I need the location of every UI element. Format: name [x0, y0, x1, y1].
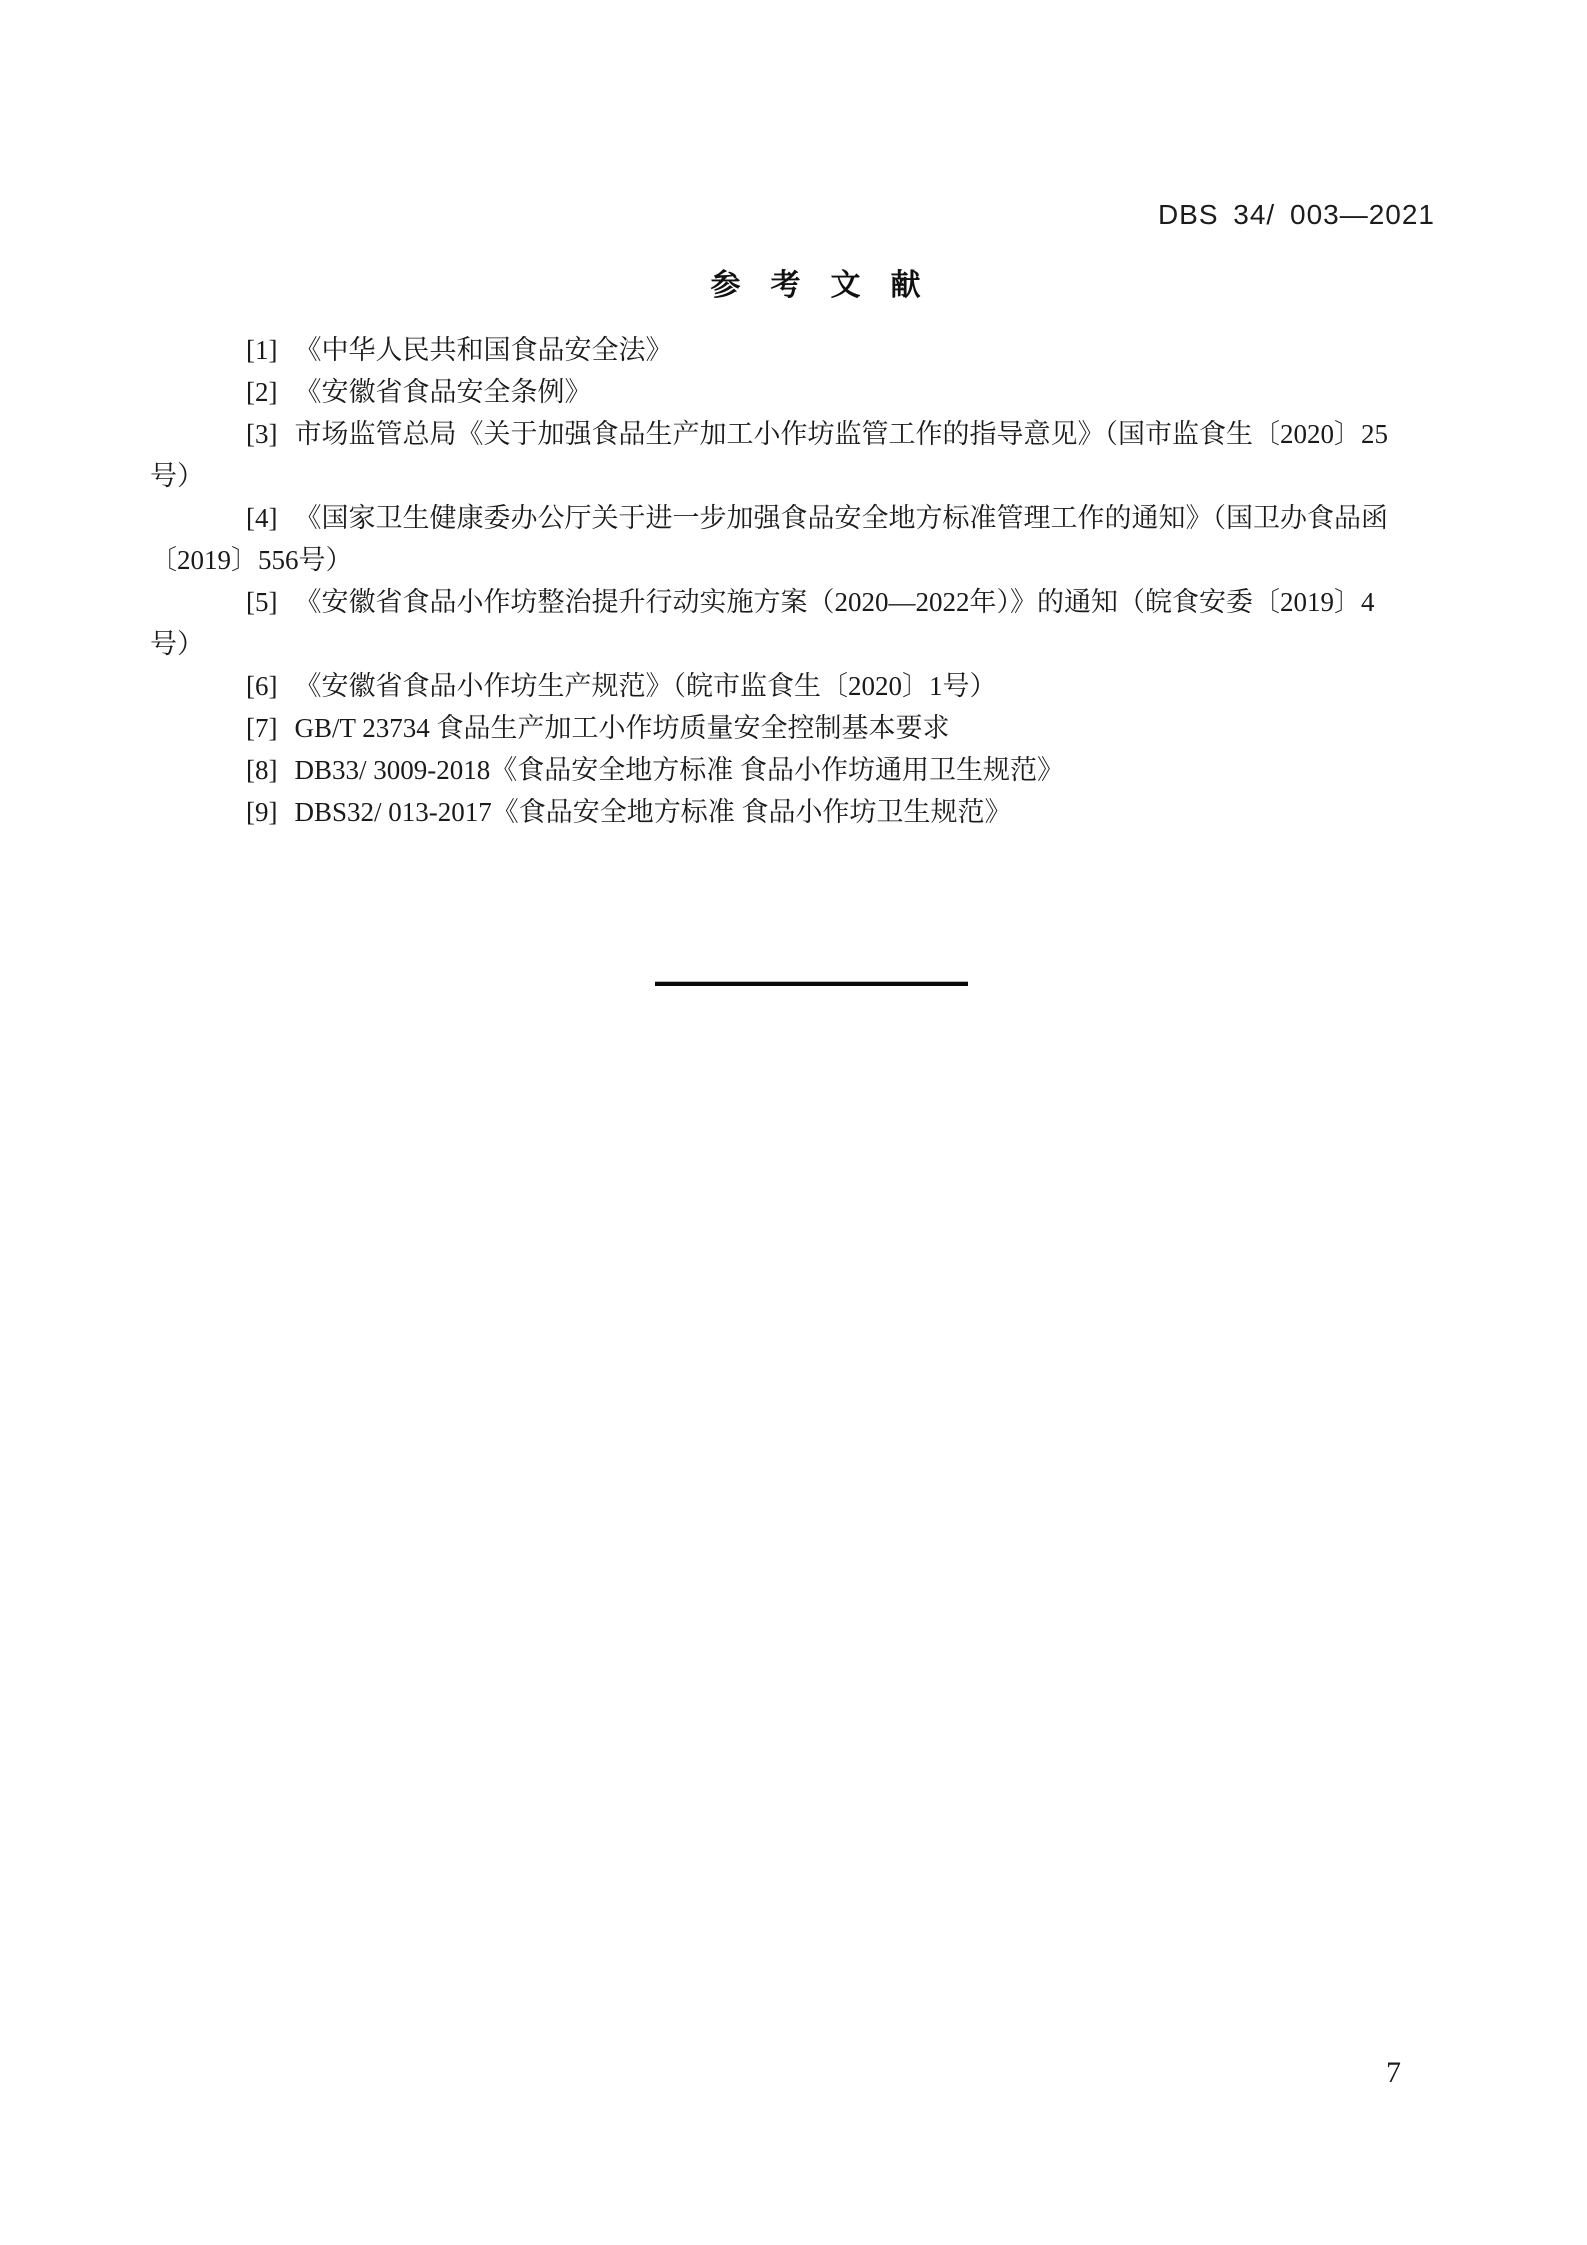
reference-number: [8]	[246, 749, 277, 791]
document-code: DBS 34/ 003—2021	[0, 200, 1435, 230]
reference-item: [1]《中华人民共和国食品安全法》	[150, 329, 1437, 371]
reference-text: GB/T 23734 食品生产加工小作坊质量安全控制基本要求	[294, 713, 949, 743]
reference-text: 《安徽省食品小作坊整治提升行动实施方案（2020—2022年）》的通知（皖食安委…	[294, 587, 1374, 617]
end-of-document-rule	[655, 981, 968, 986]
document-page: DBS 34/ 003—2021 参考文献 [1]《中华人民共和国食品安全法》[…	[0, 0, 1587, 2245]
reference-text: 市场监管总局《关于加强食品生产加工小作坊监管工作的指导意见》（国市监食生〔202…	[294, 419, 1388, 449]
reference-item: [6]《安徽省食品小作坊生产规范》（皖市监食生〔2020〕1号）	[150, 665, 1437, 707]
reference-continuation-line: 号）	[150, 455, 1437, 497]
reference-number: [3]	[246, 413, 277, 455]
reference-item: [9]DBS32/ 013-2017《食品安全地方标准 食品小作坊卫生规范》	[150, 791, 1437, 833]
reference-continuation-line: 〔2019〕556号）	[150, 539, 1437, 581]
reference-item: [4]《国家卫生健康委办公厅关于进一步加强食品安全地方标准管理工作的通知》（国卫…	[150, 497, 1437, 539]
reference-item: [7]GB/T 23734 食品生产加工小作坊质量安全控制基本要求	[150, 707, 1437, 749]
reference-text: 《安徽省食品安全条例》	[294, 377, 591, 407]
reference-number: [9]	[246, 791, 277, 833]
reference-item: [8]DB33/ 3009-2018《食品安全地方标准 食品小作坊通用卫生规范》	[150, 749, 1437, 791]
reference-item: [3]市场监管总局《关于加强食品生产加工小作坊监管工作的指导意见》（国市监食生〔…	[150, 413, 1437, 455]
reference-item: [5]《安徽省食品小作坊整治提升行动实施方案（2020—2022年）》的通知（皖…	[150, 581, 1437, 623]
reference-number: [7]	[246, 707, 277, 749]
page-title: 参考文献	[150, 264, 1437, 308]
page-number: 7	[1386, 2058, 1401, 2088]
reference-number: [1]	[246, 329, 277, 371]
reference-text: DBS32/ 013-2017《食品安全地方标准 食品小作坊卫生规范》	[294, 797, 1011, 827]
references-list: [1]《中华人民共和国食品安全法》[2]《安徽省食品安全条例》[3]市场监管总局…	[150, 329, 1437, 833]
reference-number: [5]	[246, 581, 277, 623]
reference-number: [2]	[246, 371, 277, 413]
reference-text: 《中华人民共和国食品安全法》	[294, 335, 672, 365]
reference-text: 《国家卫生健康委办公厅关于进一步加强食品安全地方标准管理工作的通知》（国卫办食品…	[294, 503, 1388, 533]
reference-text: DB33/ 3009-2018《食品安全地方标准 食品小作坊通用卫生规范》	[294, 755, 1064, 785]
reference-continuation-line: 号）	[150, 623, 1437, 665]
reference-number: [6]	[246, 665, 277, 707]
reference-number: [4]	[246, 497, 277, 539]
reference-item: [2]《安徽省食品安全条例》	[150, 371, 1437, 413]
reference-text: 《安徽省食品小作坊生产规范》（皖市监食生〔2020〕1号）	[294, 671, 996, 701]
